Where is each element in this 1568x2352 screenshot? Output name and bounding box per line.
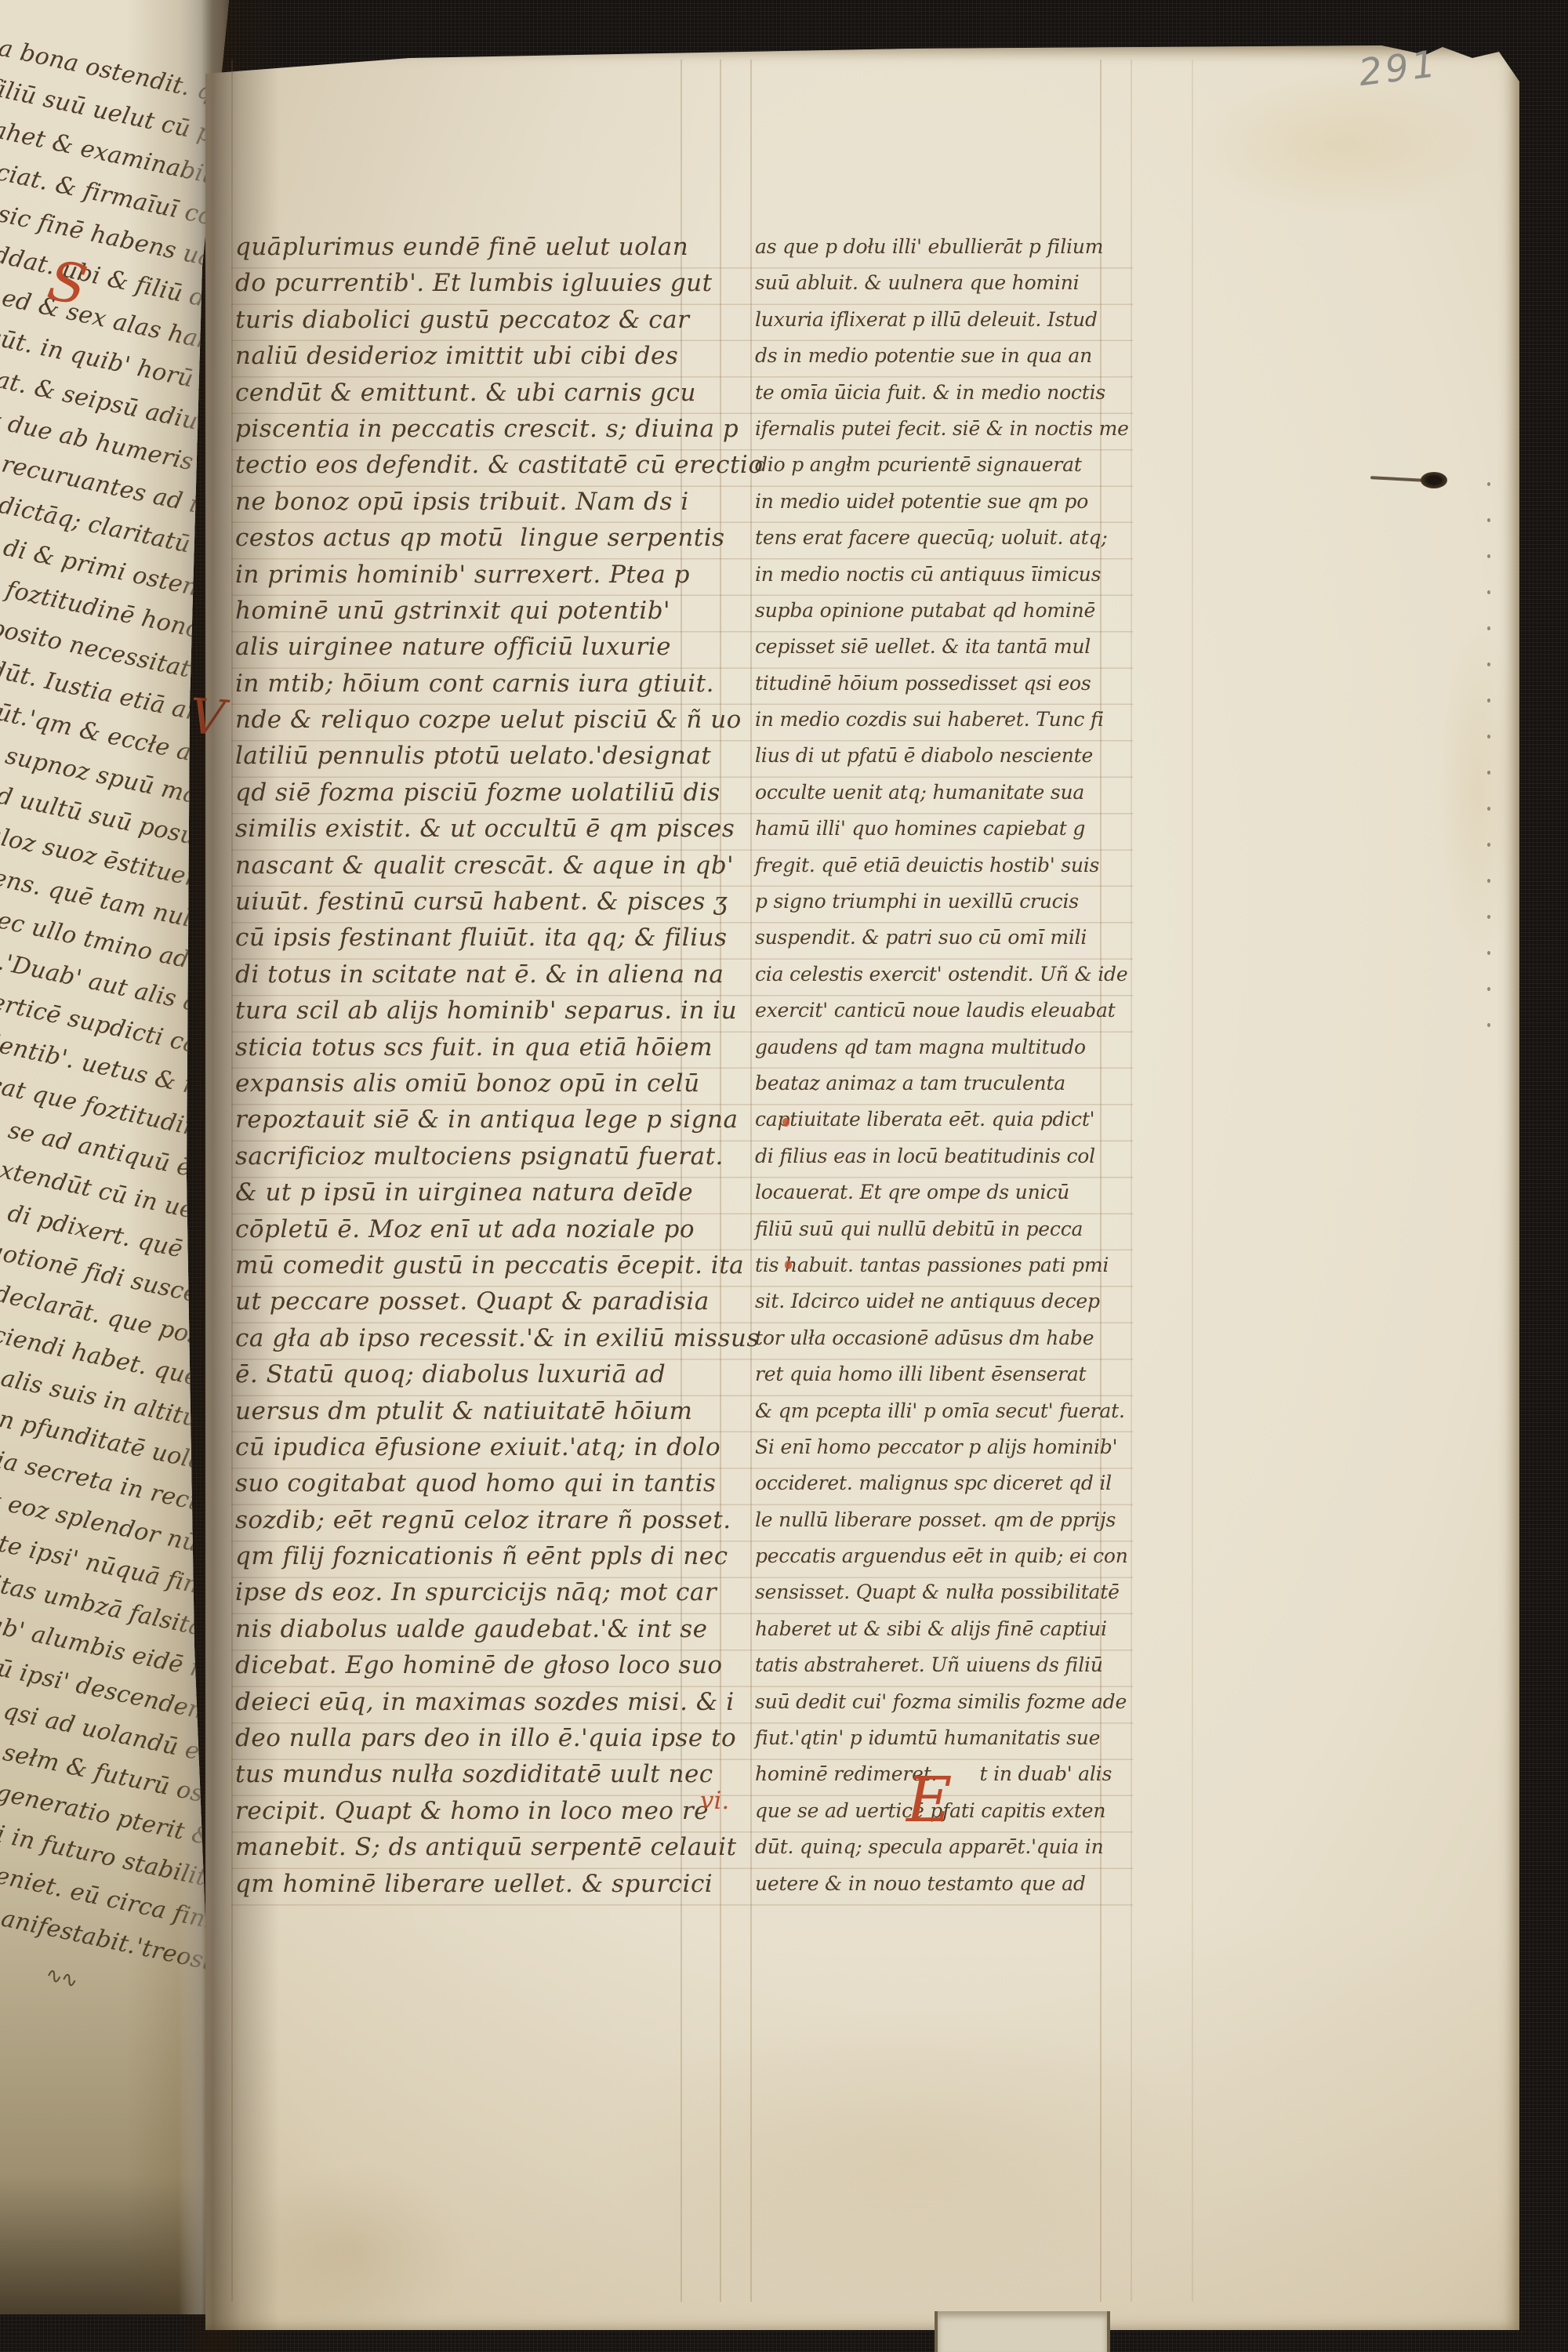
text-line: cū ipudica ēfusione exiuit.'atq; in dolo <box>235 1429 694 1465</box>
text-line: qm hominē liberare uellet. & spurcici <box>235 1866 694 1902</box>
text-line: ifernalis putei fecit. siē & in noctis m… <box>755 411 1123 447</box>
text-line: sit. Idcirco uideł ne antiquus decep <box>755 1283 1123 1319</box>
text-line: fiut.'qtin' p idumtū humanitatis sue <box>755 1720 1123 1756</box>
text-line: similis existit. & ut occultū ē qm pisce… <box>235 811 694 847</box>
text-line: alis uirginee nature officiū luxurie <box>235 629 694 665</box>
text-line: manebit. S; ds antiquū serpentē celauit <box>235 1829 694 1865</box>
text-line: repoztauit siē & in antiqua lege p signa <box>235 1102 694 1138</box>
text-line: sensisset. Quapt & nulła possibilitatē <box>755 1574 1123 1610</box>
left-text-column: quāplurimus eundē finē uelut uolando pcu… <box>235 229 694 1902</box>
text-line: dicebat. Ego hominē de głoso loco suo <box>235 1647 694 1683</box>
pricking-dot <box>1487 590 1490 594</box>
chapter-numeral: vi. <box>700 1788 729 1814</box>
text-line: expansis alis omiū bonoz opū in celū <box>235 1065 694 1102</box>
red-ink-speck <box>785 1261 792 1269</box>
text-line: suspendit. & patri suo cū omī mili <box>755 920 1123 956</box>
text-line: cū ipsis festinant fluiūt. ita qq; & fil… <box>235 920 694 956</box>
text-line: filiū suū qui nullū debitū in pecca <box>755 1211 1123 1247</box>
red-ink-speck <box>782 1118 789 1127</box>
text-line: nascant & qualit crescāt. & aque in qb' <box>235 848 694 884</box>
pricking-dot <box>1487 518 1490 522</box>
ruling-vertical <box>750 60 752 2302</box>
parchment-stain <box>596 2007 1223 2305</box>
text-line: quāplurimus eundē finē uelut uolan <box>235 229 694 265</box>
text-line: cestos actus qp motū lingue serpentis <box>235 520 694 556</box>
text-line: hominē unū gstrinxit qui potentib' <box>235 593 694 629</box>
text-line: in medio uideł potentie sue qm po <box>755 484 1123 520</box>
text-line: cepisset siē uellet. & ita tantā mul <box>755 629 1123 665</box>
text-line: haberet ut & sibi & alijs finē captiui <box>755 1611 1123 1647</box>
pricking-dot <box>1487 1023 1490 1027</box>
text-line: beataz animaz a tam truculenta <box>755 1065 1123 1102</box>
text-line: sacrificioz multociens psignatū fuerat. <box>235 1138 694 1174</box>
text-line: cia celestis exercit' ostendit. Uñ & ide <box>755 956 1123 993</box>
text-line: tor ulła occasionē adūsus dm habe <box>755 1320 1123 1356</box>
text-line: latiliū pennulis ptotū uelato.'designat <box>235 738 694 774</box>
text-line: dio p angłm pcurientē signauerat <box>755 447 1123 483</box>
pricking-dot <box>1487 626 1490 630</box>
text-line: gaudens qd tam magna multitudo <box>755 1029 1123 1065</box>
text-line: peccatis arguendus eēt in quib; ei con <box>755 1538 1123 1574</box>
text-line: sticia totus scs fuit. in qua etiā hōiem <box>235 1029 694 1065</box>
text-line: luxuria iflixerat p illū deleuit. Istud <box>755 302 1123 338</box>
text-line: & ut p ipsū in uirginea natura deīde <box>235 1174 694 1210</box>
pricking-dot <box>1487 879 1490 883</box>
text-line: suo cogitabat quod homo qui in tantis <box>235 1465 694 1501</box>
text-line: deieci eūq, in maximas sozdes misi. & i <box>235 1684 694 1720</box>
text-line: tatis abstraheret. Uñ uiuens ds filiū <box>755 1647 1123 1683</box>
text-line: tis habuit. tantas passiones pati pmi <box>755 1247 1123 1283</box>
text-line: in mtib; hōium cont carnis iura gtiuit. <box>235 666 694 702</box>
text-line: nde & reliquo cozpe uelut pisciū & ñ uo <box>235 702 694 738</box>
text-line: mū comedit gustū in peccatis ēcepit. ita <box>235 1247 694 1283</box>
text-line: qm filij foznicationis ñ eēnt ppls di ne… <box>235 1538 694 1574</box>
text-line: di filius eas in locū beatitudinis col <box>755 1138 1123 1174</box>
text-line: le nullū liberare posset. qm de pprijs <box>755 1502 1123 1538</box>
pricking-dot <box>1487 662 1490 666</box>
text-line: exercit' canticū noue laudis eleuabat <box>755 993 1123 1029</box>
text-line: uiuūt. festinū cursū habent. & pisces ʒ <box>235 884 694 920</box>
text-line: in medio noctis cū antiquus īimicus <box>755 557 1123 593</box>
text-line: suū dedit cui' fozma similis fozme ade <box>755 1684 1123 1720</box>
ruling-vertical <box>1192 60 1193 2302</box>
text-line: cendūt & emittunt. & ubi carnis gcu <box>235 375 694 411</box>
text-line: di totus in scitate nat ē. & in aliena n… <box>235 956 694 993</box>
text-line: titudinē hōium possedisset qsi eos <box>755 666 1123 702</box>
rubric-initial-e: E <box>906 1769 952 1831</box>
text-line: tens erat facere quecūq; uoluit. atq; <box>755 520 1123 556</box>
text-line: p signo triumphi in uexillū crucis <box>755 884 1123 920</box>
text-line: & qm pcepta illi' p omīa secut' fuerat. <box>755 1393 1123 1429</box>
pricking-dot <box>1487 554 1490 558</box>
text-line: fregit. quē etiā deuictis hostib' suis <box>755 848 1123 884</box>
parchment-stain <box>1192 71 1490 220</box>
right-text-column: as que p dołu illi' ebullierāt p filiums… <box>755 229 1123 1902</box>
text-line: do pcurrentib'. Et lumbis igluuies gut <box>235 265 694 301</box>
text-line: nis diabolus ualde gaudebat.'& int se <box>235 1611 694 1647</box>
text-line: tus mundus nulła sozdiditatē uult nec <box>235 1756 694 1792</box>
text-line: ds in medio potentie sue in qua an <box>755 338 1123 374</box>
text-line: occulte uenit atq; humanitate sua <box>755 775 1123 811</box>
text-line: piscentia in peccatis crescit. s; diuina… <box>235 411 694 447</box>
pricking-dot <box>1487 807 1490 811</box>
pricking-dot <box>1487 987 1490 991</box>
text-line: in primis hominib' surrexert. Ptea p <box>235 557 694 593</box>
text-line: te omīa ūicia fuit. & in medio noctis <box>755 375 1123 411</box>
text-line: tura scil ab alijs hominib' separus. in … <box>235 993 694 1029</box>
text-line: supba opinione putabat qd hominē <box>755 593 1123 629</box>
text-line: recipit. Quapt & homo in loco meo re <box>235 1793 694 1829</box>
text-line: ca gła ab ipso recessit.'& in exiliū mis… <box>235 1320 694 1356</box>
text-line: Si enī homo peccator p alijs hominib' <box>755 1429 1123 1465</box>
ruling-vertical <box>720 60 721 2302</box>
text-line: ut peccare posset. Quapt & paradisia <box>235 1283 694 1319</box>
text-line: locauerat. Et qre ompe ds unicū <box>755 1174 1123 1210</box>
text-line: uersus dm ptulit & natiuitatē hōium <box>235 1393 694 1429</box>
text-line: qd siē fozma pisciū fozme uolatiliū dis <box>235 775 694 811</box>
pricking-dot <box>1487 771 1490 775</box>
text-line: cōpletū ē. Moz enī ut ada noziale po <box>235 1211 694 1247</box>
pricking-dot <box>1487 699 1490 702</box>
text-line: ē. Statū quoq; diabolus luxuriā ad <box>235 1356 694 1392</box>
parchment-stain <box>1435 612 1521 972</box>
text-line: suū abluit. & uulnera que homini <box>755 265 1123 301</box>
pricking-dot <box>1487 951 1490 955</box>
text-line: ne bonoz opū ipsis tribuit. Nam ds i <box>235 484 694 520</box>
text-line: ipse ds eoz. In spurcicijs nāq; mot car <box>235 1574 694 1610</box>
text-line: uetere & in nouo testamto que ad <box>755 1866 1123 1902</box>
worm-hole <box>1421 472 1447 488</box>
text-line: ret quia homo illi libent ēsenserat <box>755 1356 1123 1392</box>
text-line: deo nulla pars deo in illo ē.'quia ipse … <box>235 1720 694 1756</box>
text-line: occideret. malignus spc diceret qd il <box>755 1465 1123 1501</box>
pricking-dot <box>1487 843 1490 847</box>
pricking-dot <box>1487 915 1490 919</box>
text-line: tectio eos defendit. & castitatē cū erec… <box>235 447 694 483</box>
text-line: in medio cozdis sui haberet. Tunc fi <box>755 702 1123 738</box>
text-line: naliū desiderioz imittit ubi cibi des <box>235 338 694 374</box>
text-line: lius di ut pfatū ē diabolo nesciente <box>755 738 1123 774</box>
bookmark-tab <box>935 2311 1110 2352</box>
pricking-dot <box>1487 482 1490 486</box>
text-line: hamū illi' quo homines capiebat g <box>755 811 1123 847</box>
pricking-dot <box>1487 735 1490 739</box>
text-line: turis diabolici gustū peccatoz & car <box>235 302 694 338</box>
text-line: sozdib; eēt regnū celoz itrare ñ posset. <box>235 1502 694 1538</box>
text-line: captiuitate liberata eēt. quia pdict' <box>755 1102 1123 1138</box>
gutter-shadow <box>179 0 279 2352</box>
text-line: as que p dołu illi' ebullierāt p filium <box>755 229 1123 265</box>
ruling-vertical <box>1131 60 1132 2302</box>
